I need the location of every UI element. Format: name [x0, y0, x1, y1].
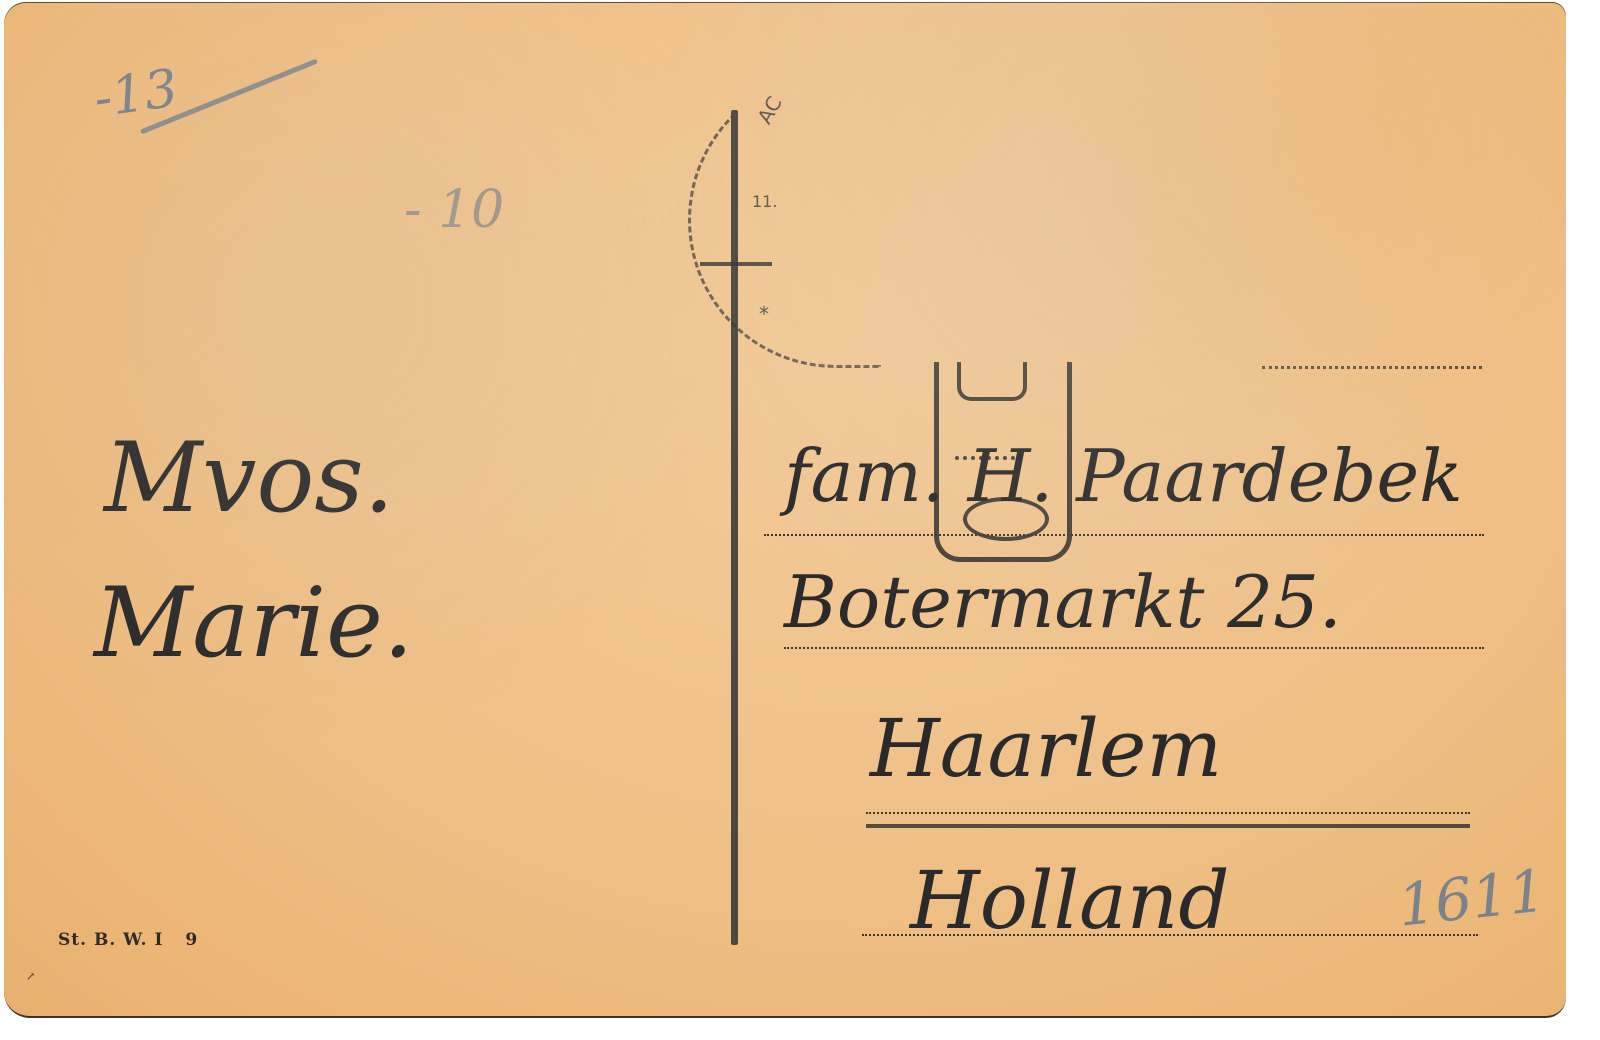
- message-line-2: Marie.: [94, 567, 413, 679]
- corner-mark: ↗: [26, 970, 35, 983]
- address-city-underline: [866, 824, 1470, 828]
- stamp-inner-shape: [957, 362, 1027, 401]
- printed-code-text: St. B. W. I: [58, 930, 163, 950]
- postmark-bar: [700, 262, 772, 266]
- stamp-area-rule: [1262, 366, 1482, 369]
- printed-publisher-code: St. B. W. I9: [58, 930, 198, 950]
- postmark-text-mid: 11.: [752, 192, 777, 211]
- postmark-circle: [688, 72, 881, 368]
- address-rule-4: [862, 934, 1478, 936]
- message-line-1: Mvos.: [104, 422, 394, 534]
- postcard-back: -13 - 10 Mvos. Marie. AC 11. * fam. H. P…: [4, 2, 1566, 1018]
- address-line-3: Haarlem: [870, 702, 1222, 795]
- printed-code-number: 9: [185, 930, 198, 950]
- pencil-note-upper-middle: - 10: [404, 180, 504, 240]
- address-rule-3: [866, 812, 1470, 814]
- address-line-2: Botermarkt 25.: [784, 560, 1342, 644]
- pencil-note-bottom-right: 1611: [1395, 856, 1549, 939]
- postmark-star-icon: *: [759, 302, 769, 326]
- address-rule-1: [764, 534, 1484, 536]
- address-rule-2: [784, 647, 1484, 649]
- address-line-1: fam. H. Paardebek: [784, 434, 1463, 518]
